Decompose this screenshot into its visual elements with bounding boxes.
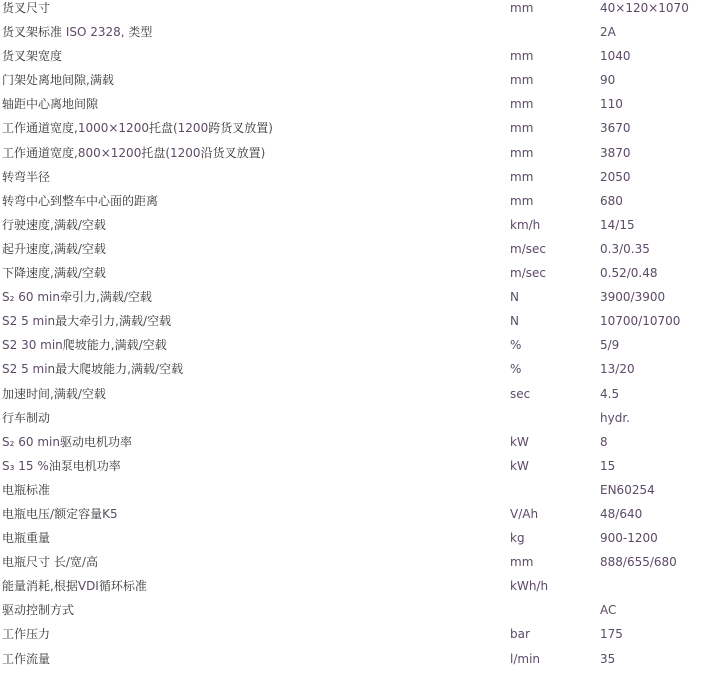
parameter-label: S₃ 15 %油泵电机功率 [2, 459, 510, 474]
parameter-label: 货叉尺寸 [2, 1, 510, 16]
unit-label: mm [510, 1, 600, 16]
parameter-label: 下降速度,满载/空载 [2, 266, 510, 281]
spec-row: 行驶速度,满载/空载km/h14/15 [0, 218, 706, 242]
unit-label: mm [510, 121, 600, 136]
spec-table: 货叉尺寸mm40×120×1070货叉架标准 ISO 2328, 类型2A货叉架… [0, 0, 706, 675]
value-label: 110 [600, 97, 706, 112]
unit-label: bar [510, 627, 600, 642]
value-label: 3870 [600, 146, 706, 161]
parameter-label: S2 5 min最大爬坡能力,满载/空载 [2, 362, 510, 377]
spec-row: 电瓶电压/额定容量K5V/Ah48/640 [0, 507, 706, 531]
value-label: 0.3/0.35 [600, 242, 706, 257]
parameter-label: 工作通道宽度,1000×1200托盘(1200跨货叉放置) [2, 121, 510, 136]
parameter-label: 门架处离地间隙,满载 [2, 73, 510, 88]
spec-row: 电瓶重量kg900-1200 [0, 531, 706, 555]
spec-row: S₂ 60 min驱动电机功率kW8 [0, 435, 706, 459]
unit-label: kW [510, 459, 600, 474]
spec-row: 货叉尺寸mm40×120×1070 [0, 1, 706, 25]
value-label: 5/9 [600, 338, 706, 353]
parameter-label: 转弯半径 [2, 170, 510, 185]
parameter-label: 电瓶重量 [2, 531, 510, 546]
spec-row: 货叉架标准 ISO 2328, 类型2A [0, 25, 706, 49]
spec-row: S₃ 15 %油泵电机功率kW15 [0, 459, 706, 483]
parameter-label: 加速时间,满载/空载 [2, 387, 510, 402]
value-label: 14/15 [600, 218, 706, 233]
unit-label: % [510, 338, 600, 353]
unit-label: kW [510, 435, 600, 450]
value-label: 48/640 [600, 507, 706, 522]
parameter-label: 电瓶电压/额定容量K5 [2, 507, 510, 522]
parameter-label: 工作压力 [2, 627, 510, 642]
spec-row: S2 5 min最大牵引力,满载/空载N10700/10700 [0, 314, 706, 338]
unit-label: mm [510, 555, 600, 570]
value-label: 10700/10700 [600, 314, 706, 329]
spec-row: 转弯中心到整车中心面的距离mm680 [0, 194, 706, 218]
value-label: 13/20 [600, 362, 706, 377]
unit-label: mm [510, 170, 600, 185]
spec-row: 行车制动hydr. [0, 411, 706, 435]
unit-label: sec [510, 387, 600, 402]
parameter-label: 行驶速度,满载/空载 [2, 218, 510, 233]
spec-row: 转弯半径mm2050 [0, 170, 706, 194]
parameter-label: 工作流量 [2, 652, 510, 667]
value-label: 900-1200 [600, 531, 706, 546]
value-label: 680 [600, 194, 706, 209]
unit-label: kg [510, 531, 600, 546]
spec-row: 轴距中心离地间隙mm110 [0, 97, 706, 121]
unit-label: N [510, 290, 600, 305]
spec-row: 驱动控制方式AC [0, 603, 706, 627]
spec-row: 下降速度,满载/空载m/sec0.52/0.48 [0, 266, 706, 290]
parameter-label: 转弯中心到整车中心面的距离 [2, 194, 510, 209]
parameter-label: 电瓶尺寸 长/宽/高 [2, 555, 510, 570]
parameter-label: S₂ 60 min牵引力,满载/空载 [2, 290, 510, 305]
value-label: 2050 [600, 170, 706, 185]
value-label: 1040 [600, 49, 706, 64]
value-label: 3900/3900 [600, 290, 706, 305]
value-label: 0.52/0.48 [600, 266, 706, 281]
unit-label: mm [510, 49, 600, 64]
value-label: EN60254 [600, 483, 706, 498]
unit-label: V/Ah [510, 507, 600, 522]
unit-label: % [510, 362, 600, 377]
spec-row: 电瓶尺寸 长/宽/高mm888/655/680 [0, 555, 706, 579]
value-label: AC [600, 603, 706, 618]
spec-row: 电瓶标准EN60254 [0, 483, 706, 507]
spec-row: 起升速度,满载/空载m/sec0.3/0.35 [0, 242, 706, 266]
value-label: 888/655/680 [600, 555, 706, 570]
parameter-label: 起升速度,满载/空载 [2, 242, 510, 257]
unit-label: km/h [510, 218, 600, 233]
unit-label: mm [510, 146, 600, 161]
unit-label: N [510, 314, 600, 329]
unit-label: kWh/h [510, 579, 600, 594]
spec-row: 门架处离地间隙,满载mm90 [0, 73, 706, 97]
parameter-label: S2 30 min爬坡能力,满载/空载 [2, 338, 510, 353]
spec-row: 工作流量l/min35 [0, 652, 706, 675]
parameter-label: 轴距中心离地间隙 [2, 97, 510, 112]
parameter-label: 工作通道宽度,800×1200托盘(1200沿货叉放置) [2, 146, 510, 161]
spec-row: S₂ 60 min牵引力,满载/空载N3900/3900 [0, 290, 706, 314]
unit-label: m/sec [510, 266, 600, 281]
value-label: 8 [600, 435, 706, 450]
parameter-label: S₂ 60 min驱动电机功率 [2, 435, 510, 450]
unit-label: mm [510, 73, 600, 88]
value-label: 2A [600, 25, 706, 40]
spec-row: 工作通道宽度,800×1200托盘(1200沿货叉放置)mm3870 [0, 146, 706, 170]
parameter-label: S2 5 min最大牵引力,满载/空载 [2, 314, 510, 329]
parameter-label: 驱动控制方式 [2, 603, 510, 618]
spec-row: 工作通道宽度,1000×1200托盘(1200跨货叉放置)mm3670 [0, 121, 706, 145]
value-label: 3670 [600, 121, 706, 136]
parameter-label: 能量消耗,根据VDI循环标准 [2, 579, 510, 594]
spec-row: 能量消耗,根据VDI循环标准kWh/h [0, 579, 706, 603]
parameter-label: 电瓶标准 [2, 483, 510, 498]
parameter-label: 货叉架标准 ISO 2328, 类型 [2, 25, 510, 40]
spec-row: 工作压力bar175 [0, 627, 706, 651]
value-label: 15 [600, 459, 706, 474]
value-label: 4.5 [600, 387, 706, 402]
unit-label: m/sec [510, 242, 600, 257]
value-label: 175 [600, 627, 706, 642]
unit-label: l/min [510, 652, 600, 667]
parameter-label: 货叉架宽度 [2, 49, 510, 64]
spec-row: 货叉架宽度mm1040 [0, 49, 706, 73]
value-label: hydr. [600, 411, 706, 426]
parameter-label: 行车制动 [2, 411, 510, 426]
spec-row: S2 30 min爬坡能力,满载/空载%5/9 [0, 338, 706, 362]
unit-label: mm [510, 194, 600, 209]
unit-label: mm [510, 97, 600, 112]
value-label: 90 [600, 73, 706, 88]
value-label: 40×120×1070 [600, 1, 706, 16]
spec-row: S2 5 min最大爬坡能力,满载/空载%13/20 [0, 362, 706, 386]
spec-row: 加速时间,满载/空载sec4.5 [0, 387, 706, 411]
value-label: 35 [600, 652, 706, 667]
